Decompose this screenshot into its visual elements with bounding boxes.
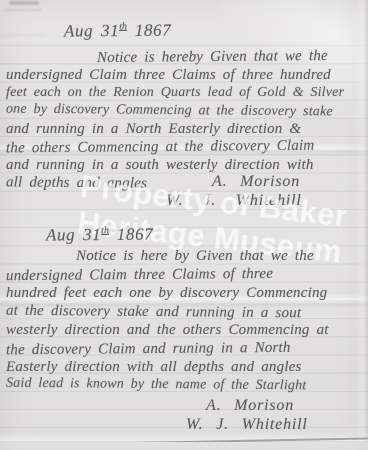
notice1-line: one by discovery Commencing at the disco… (6, 102, 333, 121)
notice2-line: hundred feet each one by discovery Comme… (6, 285, 327, 302)
notice2-line: undersigned Claim three Claims of three (6, 266, 273, 285)
notice1-date: Aug 31th 1867 (64, 21, 171, 42)
notice2-date: Aug 31th 1867 (46, 225, 153, 246)
notice2-line: Notice is here by Given that we the (76, 248, 314, 265)
notice2-line: Said lead is known by the name of the St… (6, 376, 307, 395)
notice2-signature-morison: A. Morison (206, 397, 294, 415)
paper-right-edge (355, 0, 368, 450)
ink-smudge (9, 1, 39, 5)
ink-smudge (0, 35, 46, 36)
notice2-line: Easterly direction with all depths and a… (6, 359, 302, 376)
notice1-signature-whitehill: W. J. Whitehill (166, 192, 302, 210)
notice2-line: westerly direction and the others Commen… (6, 322, 329, 339)
notice1-line: the others Commencing at the discovery C… (6, 138, 315, 158)
notice1-signature-morison: A. Morison (212, 173, 300, 191)
date-superscript: th (119, 21, 127, 32)
document-photo: Aug 31th 1867 Notice is hereby Given tha… (0, 0, 368, 450)
notice1-line: Notice is hereby Given that we the (97, 48, 328, 67)
notice1-line: undersigned Claim three Claims of three … (6, 67, 331, 84)
notice2-line: at the discovery stake and running in a … (6, 303, 301, 323)
notice1-line: and running in a North Easterly directio… (6, 121, 301, 138)
notice1-line: and running in a south westerly directio… (6, 157, 314, 174)
notice2-line: the discovery Claim and runing in a Nort… (6, 340, 291, 359)
scan-background (0, 442, 368, 450)
date-superscript: th (101, 225, 109, 236)
notice1-line: feet each on the Renion Quarts lead of G… (6, 85, 344, 101)
ink-smudge (4, 9, 42, 11)
notice1-line: all depths and angles (6, 174, 147, 192)
